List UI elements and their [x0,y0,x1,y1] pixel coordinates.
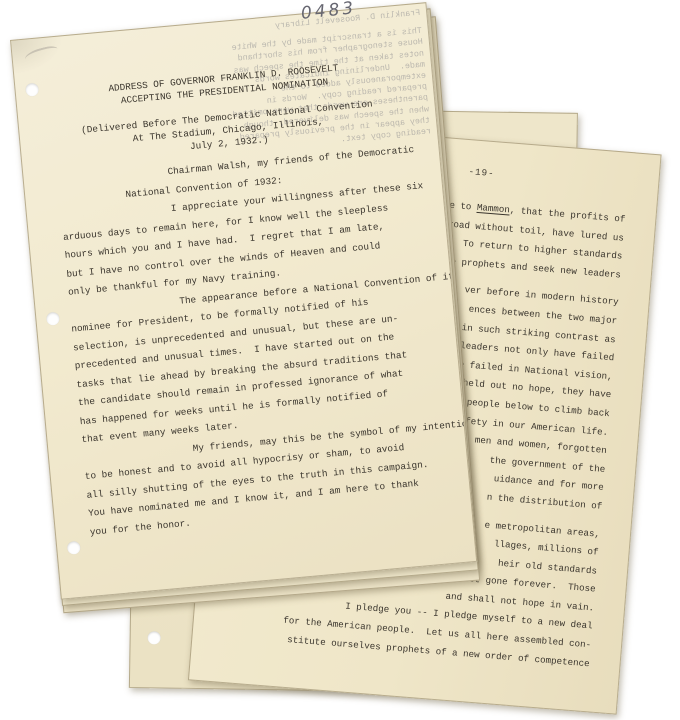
hole-punch [148,631,161,644]
body-text: Chairman Walsh, my friends of the Democr… [57,139,465,542]
hole-punch [67,541,81,555]
page-number: -19- [468,166,495,179]
front-page-sheet: Franklin D. Roosevelt LibraryThis is a t… [10,2,477,600]
hole-punch [46,312,60,326]
document-scan-scene: -19- ce to Mammon, that the profits ofro… [0,0,680,720]
